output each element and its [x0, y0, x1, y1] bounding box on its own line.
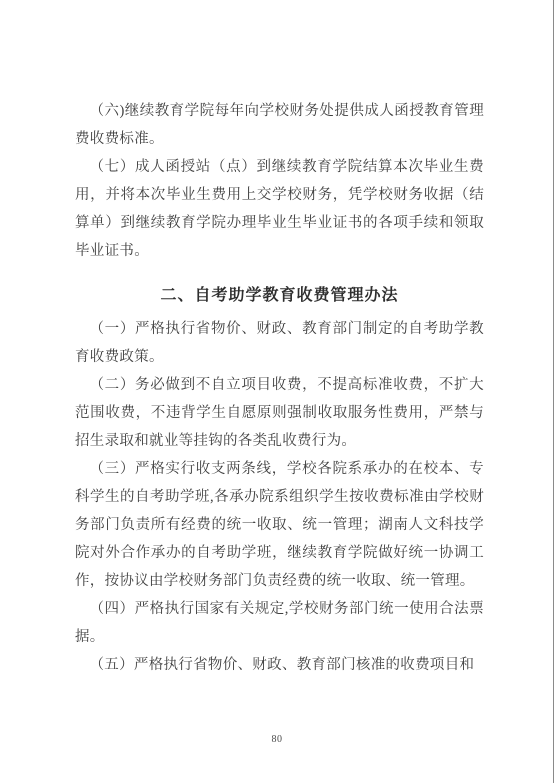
- document-page: （六)继续教育学院每年向学校财务处提供成人函授教育管理费收费标准。 （七）成人函…: [0, 0, 554, 783]
- paragraph-item-7: （七）成人函授站（点）到继续教育学院结算本次毕业生费用，并将本次毕业生费用上交学…: [75, 153, 484, 265]
- paragraph-item-5: （五）严格执行省物价、财政、教育部门核准的收费项目和: [75, 651, 484, 679]
- paragraph-item-6: （六)继续教育学院每年向学校财务处提供成人函授教育管理费收费标准。: [75, 97, 484, 153]
- paragraph-item-2: （二）务必做到不自立项目收费，不提高标准收费，不扩大范围收费，不违背学生自愿原则…: [75, 371, 484, 455]
- section-heading: 二、自考助学教育收费管理办法: [75, 281, 484, 311]
- paragraph-item-4: （四）严格执行国家有关规定,学校财务部门统一使用合法票据。: [75, 595, 484, 651]
- document-body: （六)继续教育学院每年向学校财务处提供成人函授教育管理费收费标准。 （七）成人函…: [75, 97, 484, 679]
- paragraph-item-3: （三）严格实行收支两条线，学校各院系承办的在校本、专科学生的自考助学班,各承办院…: [75, 455, 484, 595]
- paragraph-item-1: （一）严格执行省物价、财政、教育部门制定的自考助学教育收费政策。: [75, 315, 484, 371]
- page-number: 80: [0, 733, 554, 747]
